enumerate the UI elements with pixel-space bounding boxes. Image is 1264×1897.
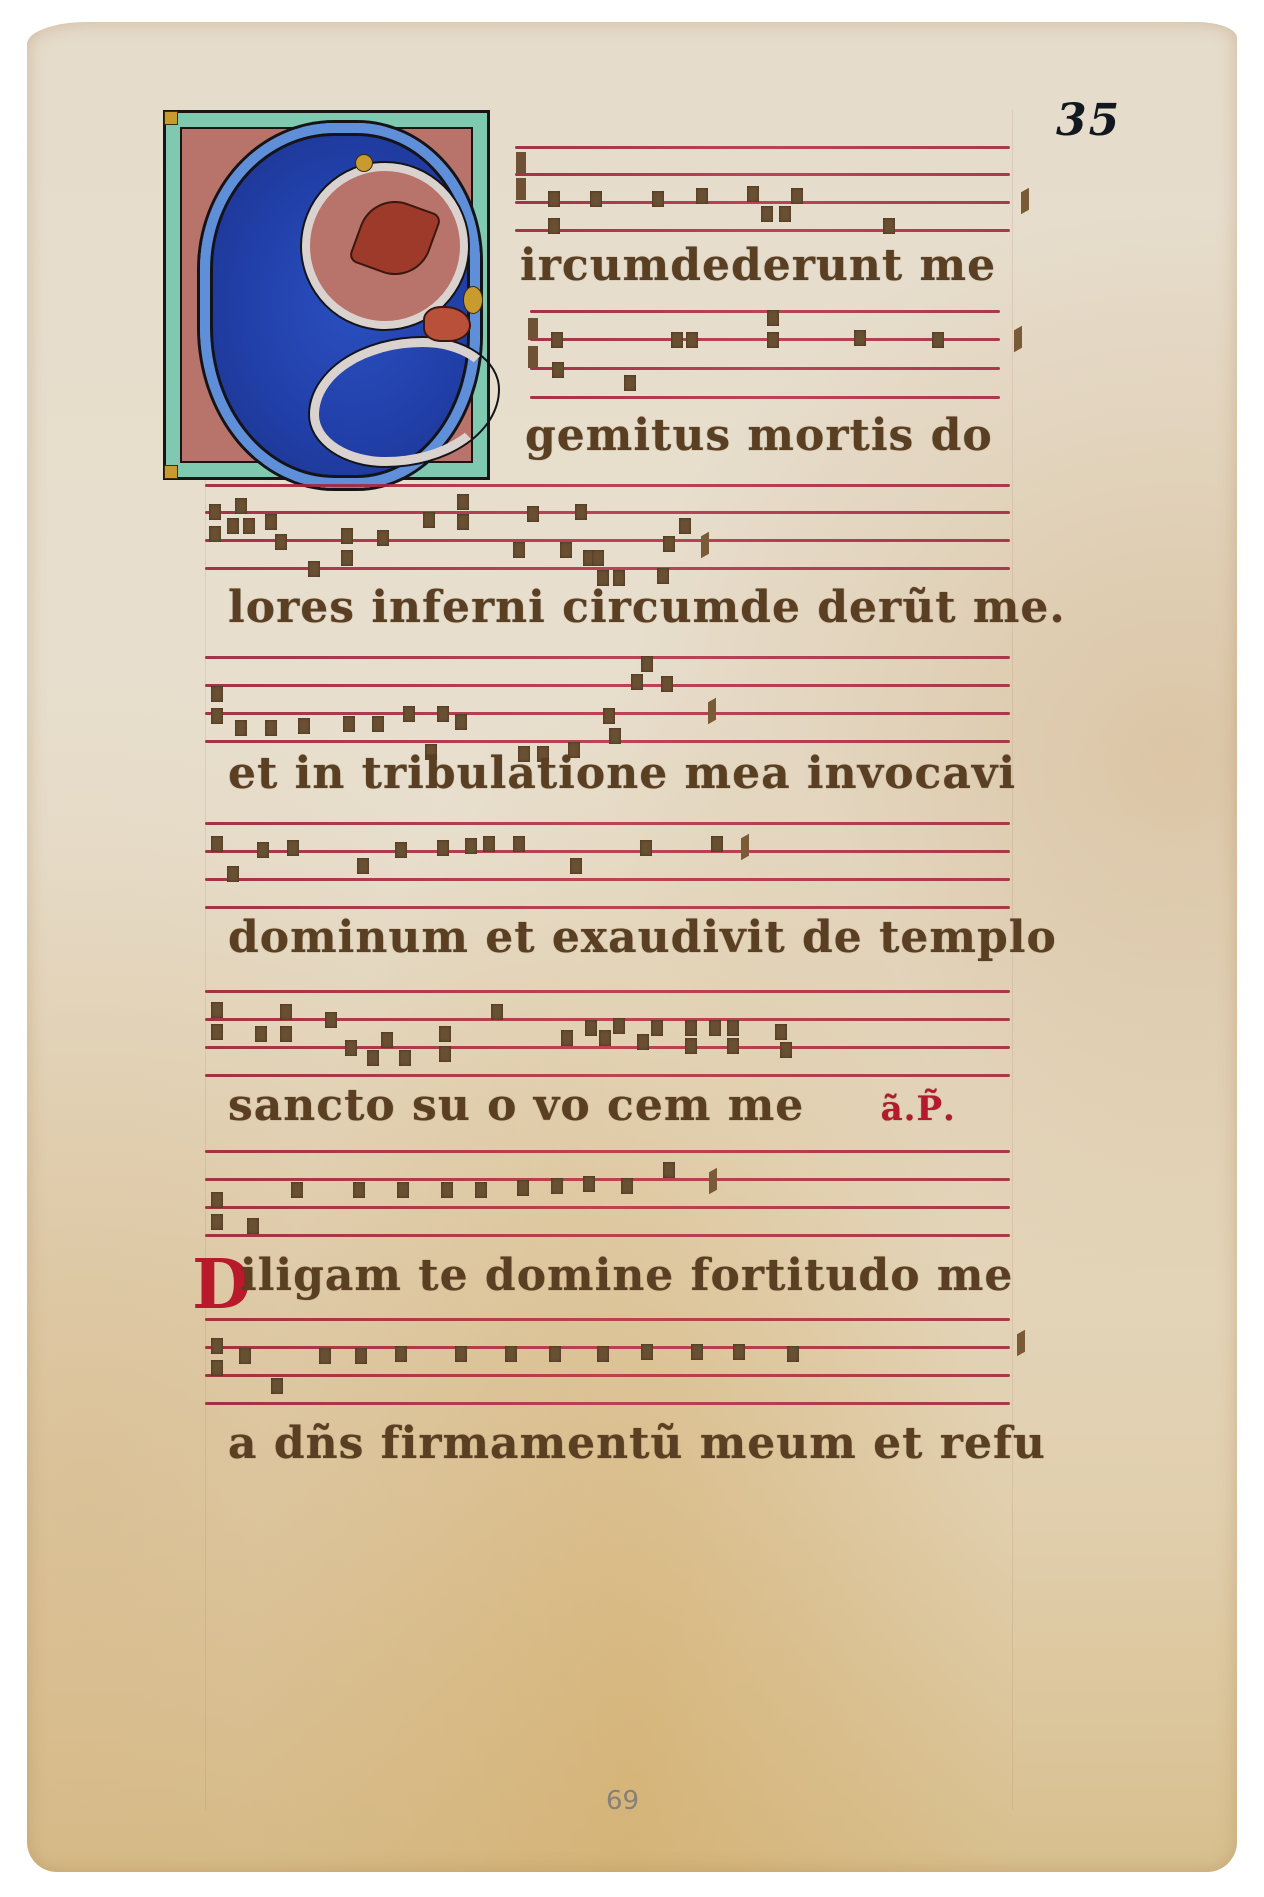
- neume-punctum: [211, 836, 223, 852]
- neume-punctum: [265, 514, 277, 530]
- neume-punctum: [603, 708, 615, 724]
- neume-punctum: [685, 1038, 697, 1054]
- neume-punctum: [727, 1020, 739, 1036]
- neume-punctum: [585, 1020, 597, 1036]
- illuminated-initial: [163, 110, 490, 480]
- neume-punctum: [637, 1034, 649, 1050]
- neume-punctum: [709, 1020, 721, 1036]
- neume-punctum: [399, 1050, 411, 1066]
- neume-punctum: [621, 1178, 633, 1194]
- neume-punctum: [381, 1032, 393, 1048]
- neume-punctum: [711, 836, 723, 852]
- neume-punctum: [353, 1182, 365, 1198]
- staff-8: [205, 1318, 1010, 1404]
- neume-punctum: [341, 550, 353, 566]
- neume-punctum: [641, 1344, 653, 1360]
- staff-5: [205, 822, 1010, 908]
- lyric-line-1: ircumdederunt me: [520, 240, 996, 291]
- gold-dot-icon: [356, 155, 372, 171]
- initial-rose-ground: [180, 127, 473, 463]
- neume-punctum: [609, 728, 621, 744]
- initial-dragon-body: [310, 338, 498, 466]
- lyric-line-5: dominum et exaudivit de templo: [228, 912, 1057, 963]
- rubric-abbreviation: ã.P̃.: [881, 1089, 956, 1129]
- staff-4: [205, 656, 1010, 742]
- custos-icon: [1021, 188, 1029, 215]
- neume-punctum: [227, 518, 239, 534]
- neume-punctum: [403, 706, 415, 722]
- neume-punctum: [548, 191, 560, 207]
- neume-punctum: [319, 1348, 331, 1364]
- neume-punctum: [791, 188, 803, 204]
- neume-punctum: [211, 708, 223, 724]
- lyric-line-2: gemitus mortis do: [525, 410, 993, 461]
- neume-punctum: [679, 518, 691, 534]
- neume-punctum: [395, 1346, 407, 1362]
- neume-punctum: [551, 332, 563, 348]
- gold-corner-icon: [165, 112, 177, 124]
- neume-punctum: [275, 534, 287, 550]
- neume-punctum: [592, 550, 604, 566]
- neume-punctum: [475, 1182, 487, 1198]
- neume-punctum: [671, 332, 683, 348]
- neume-punctum: [590, 191, 602, 207]
- neume-punctum: [441, 1182, 453, 1198]
- neume-punctum: [663, 536, 675, 552]
- neume-punctum: [561, 1030, 573, 1046]
- neume-punctum: [685, 1020, 697, 1036]
- neume-punctum: [243, 518, 255, 534]
- initial-letter-c: [200, 123, 480, 488]
- neume-punctum: [211, 1338, 223, 1354]
- neume-punctum: [527, 506, 539, 522]
- gold-boss-icon: [464, 287, 482, 313]
- neume-punctum: [343, 716, 355, 732]
- neume-punctum: [439, 1026, 451, 1042]
- neume-punctum: [686, 332, 698, 348]
- neume-punctum: [308, 561, 320, 577]
- neume-punctum: [397, 1182, 409, 1198]
- neume-punctum: [423, 512, 435, 528]
- neume-punctum: [357, 858, 369, 874]
- neume-punctum: [747, 186, 759, 202]
- neume-punctum: [395, 842, 407, 858]
- neume-punctum: [345, 1040, 357, 1056]
- neume-punctum: [280, 1026, 292, 1042]
- neume-punctum: [761, 206, 773, 222]
- neume-punctum: [651, 1020, 663, 1036]
- neume-punctum: [211, 1214, 223, 1230]
- lyric-line-6-text: sancto su o vo cem me: [228, 1080, 804, 1131]
- neume-punctum: [640, 840, 652, 856]
- neume-punctum: [287, 840, 299, 856]
- neume-punctum: [597, 1346, 609, 1362]
- pencil-foliation-mark: 69: [606, 1786, 639, 1816]
- custos-icon: [1017, 1330, 1025, 1357]
- neume-punctum: [652, 191, 664, 207]
- lyric-line-3: lores inferni circumde derũt me.: [228, 582, 1066, 633]
- lyric-line-7: iligam te domine fortitudo me: [240, 1250, 1013, 1301]
- neume-punctum: [437, 840, 449, 856]
- folio-number: 35: [1056, 95, 1121, 146]
- neume-punctum: [291, 1182, 303, 1198]
- neume-punctum: [932, 332, 944, 348]
- neume-punctum: [483, 836, 495, 852]
- neume-punctum: [613, 1018, 625, 1034]
- neume-punctum: [517, 1180, 529, 1196]
- neume-punctum: [298, 718, 310, 734]
- neume-punctum: [211, 1192, 223, 1208]
- neume-punctum: [255, 1026, 267, 1042]
- neume-punctum: [239, 1348, 251, 1364]
- neume-punctum: [257, 842, 269, 858]
- neume-punctum: [696, 188, 708, 204]
- neume-punctum: [235, 498, 247, 514]
- neume-punctum: [549, 1346, 561, 1362]
- neume-punctum: [439, 1046, 451, 1062]
- staff-7: [205, 1150, 1010, 1236]
- neume-punctum: [733, 1344, 745, 1360]
- neume-punctum: [341, 528, 353, 544]
- neume-punctum: [631, 674, 643, 690]
- custos-icon: [741, 834, 749, 861]
- neume-punctum: [209, 526, 221, 542]
- neume-punctum: [599, 1030, 611, 1046]
- neume-punctum: [491, 1004, 503, 1020]
- neume-punctum: [211, 1024, 223, 1040]
- neume-punctum: [457, 494, 469, 510]
- neume-punctum: [211, 686, 223, 702]
- c-clef-icon: [516, 152, 526, 174]
- neume-punctum: [767, 332, 779, 348]
- neume-punctum: [513, 836, 525, 852]
- gold-corner-icon: [165, 466, 177, 478]
- neume-punctum: [779, 206, 791, 222]
- staff-3: [205, 484, 1010, 570]
- neume-punctum: [727, 1038, 739, 1054]
- neume-punctum: [767, 310, 779, 326]
- neume-punctum: [780, 1042, 792, 1058]
- neume-punctum: [551, 1178, 563, 1194]
- neume-punctum: [455, 1346, 467, 1362]
- neume-punctum: [209, 504, 221, 520]
- neume-punctum: [457, 514, 469, 530]
- neume-punctum: [575, 504, 587, 520]
- neume-punctum: [265, 720, 277, 736]
- neume-punctum: [661, 676, 673, 692]
- neume-punctum: [570, 858, 582, 874]
- custos-icon: [1014, 326, 1022, 353]
- neume-punctum: [280, 1004, 292, 1020]
- neume-punctum: [854, 330, 866, 346]
- c-clef-icon: [516, 178, 526, 200]
- neume-punctum: [505, 1346, 517, 1362]
- neume-punctum: [247, 1218, 259, 1234]
- neume-punctum: [227, 866, 239, 882]
- staff-2: [530, 310, 1000, 396]
- neume-punctum: [235, 720, 247, 736]
- neume-punctum: [641, 656, 653, 672]
- neume-punctum: [367, 1050, 379, 1066]
- neume-punctum: [663, 1162, 675, 1178]
- staff-6: [205, 990, 1010, 1076]
- custos-icon: [709, 1168, 717, 1195]
- neume-punctum: [560, 542, 572, 558]
- neume-punctum: [271, 1378, 283, 1394]
- neume-punctum: [355, 1348, 367, 1364]
- neume-punctum: [325, 1012, 337, 1028]
- neume-punctum: [377, 530, 389, 546]
- c-clef-icon: [528, 318, 538, 340]
- neume-punctum: [548, 218, 560, 234]
- neume-punctum: [552, 362, 564, 378]
- neume-punctum: [691, 1344, 703, 1360]
- staff-1: [515, 146, 1010, 232]
- custos-icon: [701, 532, 709, 559]
- c-clef-icon: [528, 346, 538, 368]
- neume-punctum: [513, 542, 525, 558]
- neume-punctum: [775, 1024, 787, 1040]
- neume-punctum: [787, 1346, 799, 1362]
- lyric-line-4: et in tribulatione mea invocavi: [228, 748, 1016, 799]
- neume-punctum: [211, 1002, 223, 1018]
- neume-punctum: [465, 838, 477, 854]
- neume-punctum: [583, 1176, 595, 1192]
- custos-icon: [708, 698, 716, 725]
- neume-punctum: [883, 218, 895, 234]
- neume-punctum: [624, 375, 636, 391]
- lyric-line-6: sancto su o vo cem me ã.P̃.: [228, 1080, 956, 1131]
- lyric-line-8: a dñs firmamentũ meum et refu: [228, 1418, 1046, 1469]
- neume-punctum: [455, 714, 467, 730]
- neume-punctum: [437, 706, 449, 722]
- dragon-head-icon: [425, 308, 469, 340]
- neume-punctum: [211, 1360, 223, 1376]
- neume-punctum: [372, 716, 384, 732]
